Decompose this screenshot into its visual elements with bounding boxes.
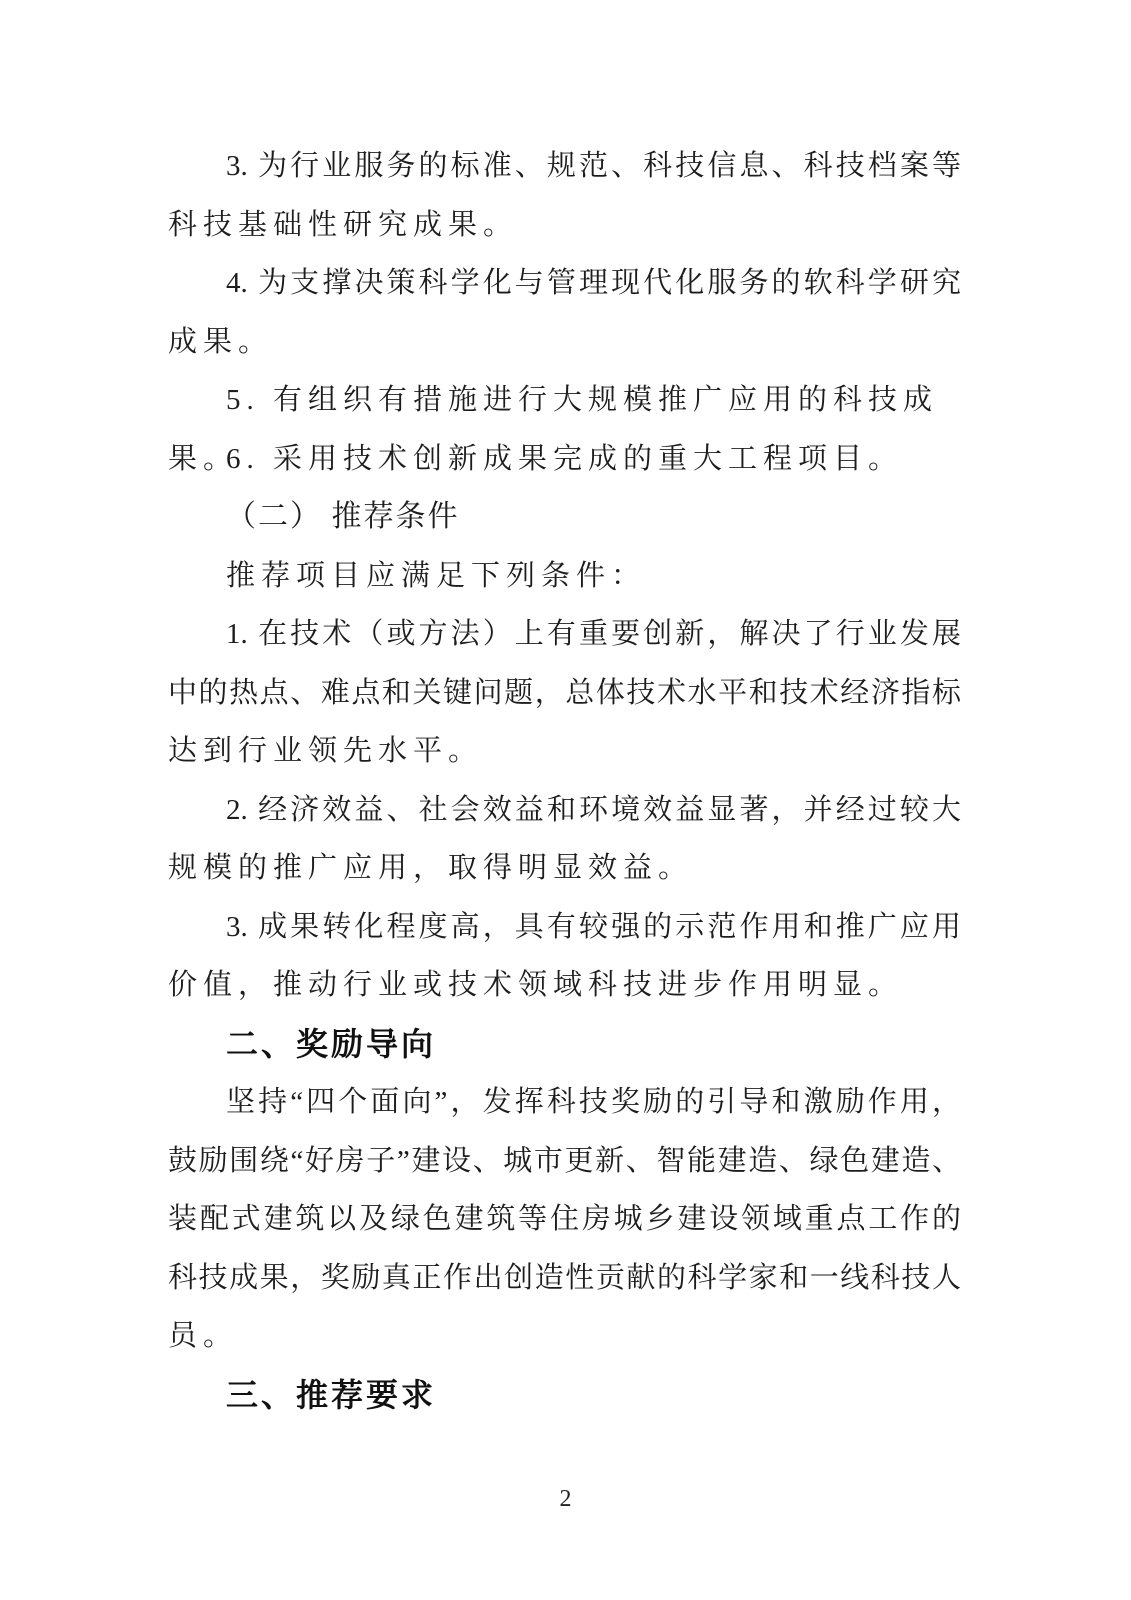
text-line: 中的热点、难点和关键问题，总体技术水平和技术经济指标 [168, 664, 961, 723]
text-line: 成果。 [168, 313, 961, 372]
text-line: 科技成果，奖励真正作出创造性贡献的科学家和一线科技人 [168, 1249, 961, 1308]
text-line: 2. 经济效益、社会效益和环境效益显著，并经过较大 [168, 781, 961, 840]
text-line: 达到行业领先水平。 [168, 722, 961, 781]
text-line: 4. 为支撑决策科学化与管理现代化服务的软科学研究 [168, 254, 961, 313]
text-line: 坚持“四个面向”，发挥科技奖励的引导和激励作用， [168, 1073, 961, 1132]
subsection-heading: （二） 推荐条件 [168, 488, 961, 547]
text-line: 6. 采用技术创新成果完成的重大工程项目。 [168, 430, 961, 489]
text-line: 规模的推广应用，取得明显效益。 [168, 839, 961, 898]
text-line: 科技基础性研究成果。 [168, 196, 961, 255]
text-line: 1. 在技术（或方法）上有重要创新，解决了行业发展 [168, 605, 961, 664]
document-text-block: 3. 为行业服务的标准、规范、科技信息、科技档案等科技基础性研究成果。4. 为支… [168, 137, 961, 1424]
text-line: 推荐项目应满足下列条件： [168, 547, 961, 606]
section-heading: 二、奖励导向 [168, 1015, 961, 1074]
text-line: 鼓励围绕“好房子”建设、城市更新、智能建造、绿色建造、 [168, 1132, 961, 1191]
page-number: 2 [0, 1484, 1131, 1514]
text-line: 员。 [168, 1307, 961, 1366]
text-line: 价值，推动行业或技术领域科技进步作用明显。 [168, 956, 961, 1015]
section-heading: 三、推荐要求 [168, 1366, 961, 1425]
text-line: 3. 为行业服务的标准、规范、科技信息、科技档案等 [168, 137, 961, 196]
text-line: 3. 成果转化程度高，具有较强的示范作用和推广应用 [168, 898, 961, 957]
text-line: 装配式建筑以及绿色建筑等住房城乡建设领域重点工作的 [168, 1190, 961, 1249]
document-page: 3. 为行业服务的标准、规范、科技信息、科技档案等科技基础性研究成果。4. 为支… [0, 0, 1131, 1600]
text-line: 5. 有组织有措施进行大规模推广应用的科技成果。 [168, 371, 961, 430]
